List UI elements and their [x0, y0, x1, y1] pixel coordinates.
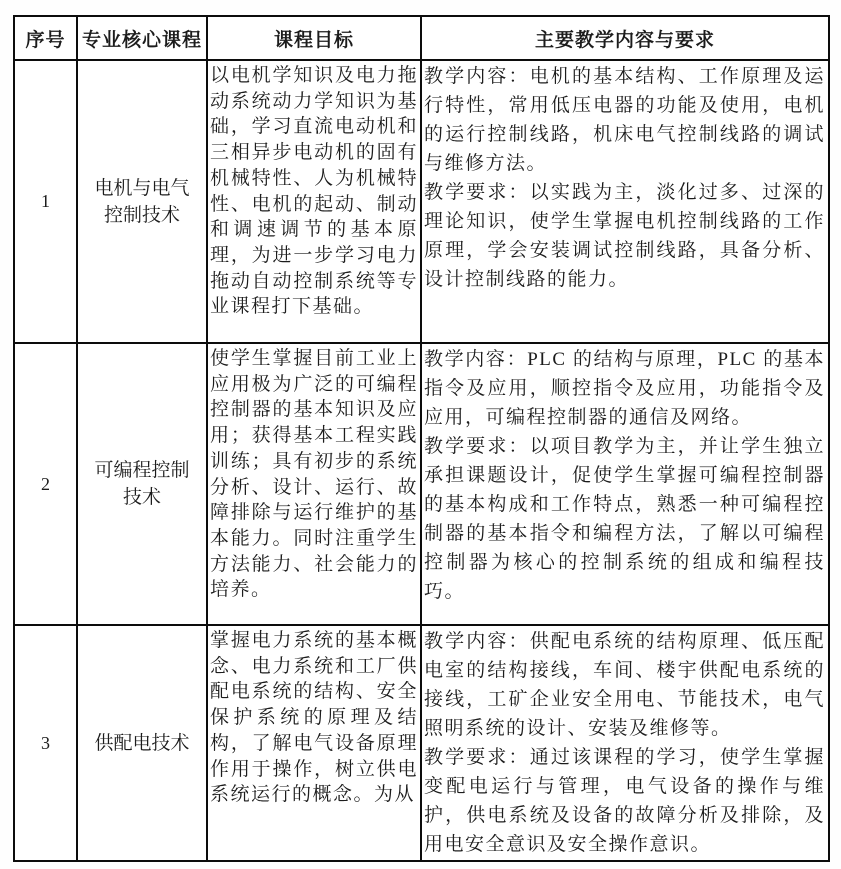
course-objective: 掌握电力系统的基本概念、电力系统和工厂供配电系统的结构、安全保护系统的原理及结构…: [207, 625, 421, 861]
header-content: 主要教学内容与要求: [421, 16, 829, 60]
course-name: 电机与电气控制技术: [77, 60, 207, 343]
table-row-2: 2 可编程控制技术 使学生掌握目前工业上应用极为广泛的可编程控制器的基本知识及应…: [14, 343, 829, 625]
teaching-requirement: 教学要求：以项目教学为主，并让学生独立承担课题设计，促使学生掌握可编程控制器的基…: [424, 432, 825, 606]
teaching-requirement: 教学要求：以实践为主，淡化过多、过深的理论知识，使学生掌握电机控制线路的工作原理…: [424, 178, 825, 294]
teaching-requirement: 教学要求：通过该课程的学习，使学生掌握变配电运行与管理，电气设备的操作与维护，供…: [424, 743, 825, 859]
course-objective: 使学生掌握目前工业上应用极为广泛的可编程控制器的基本知识及应用；获得基本工程实践…: [207, 343, 421, 625]
header-course: 专业核心课程: [77, 16, 207, 60]
row-number: 1: [14, 60, 77, 343]
teaching-content-cell: 教学内容：电机的基本结构、工作原理及运行特性，常用低压电器的功能及使用，电机的运…: [421, 60, 829, 343]
document-page: 序号 专业核心课程 课程目标 主要教学内容与要求 1 电机与电气控制技术 以电机…: [0, 0, 841, 869]
course-name: 可编程控制技术: [77, 343, 207, 625]
course-objective: 以电机学知识及电力拖动系统动力学知识为基础，学习直流电动机和三相异步电动机的固有…: [207, 60, 421, 343]
header-row: 序号 专业核心课程 课程目标 主要教学内容与要求: [14, 16, 829, 60]
teaching-content: 教学内容：PLC 的结构与原理，PLC 的基本指令及应用，顺控指令及应用，功能指…: [424, 345, 825, 432]
core-courses-table: 序号 专业核心课程 课程目标 主要教学内容与要求 1 电机与电气控制技术 以电机…: [13, 15, 830, 862]
table-row-3: 3 供配电技术 掌握电力系统的基本概念、电力系统和工厂供配电系统的结构、安全保护…: [14, 625, 829, 861]
course-name: 供配电技术: [77, 625, 207, 861]
table-row-1: 1 电机与电气控制技术 以电机学知识及电力拖动系统动力学知识为基础，学习直流电动…: [14, 60, 829, 343]
teaching-content-cell: 教学内容：PLC 的结构与原理，PLC 的基本指令及应用，顺控指令及应用，功能指…: [421, 343, 829, 625]
header-no: 序号: [14, 16, 77, 60]
teaching-content-cell: 教学内容：供配电系统的结构原理、低压配电室的结构接线，车间、楼宇供配电系统的接线…: [421, 625, 829, 861]
teaching-content: 教学内容：电机的基本结构、工作原理及运行特性，常用低压电器的功能及使用，电机的运…: [424, 62, 825, 178]
row-number: 3: [14, 625, 77, 861]
teaching-content: 教学内容：供配电系统的结构原理、低压配电室的结构接线，车间、楼宇供配电系统的接线…: [424, 627, 825, 743]
header-objective: 课程目标: [207, 16, 421, 60]
row-number: 2: [14, 343, 77, 625]
